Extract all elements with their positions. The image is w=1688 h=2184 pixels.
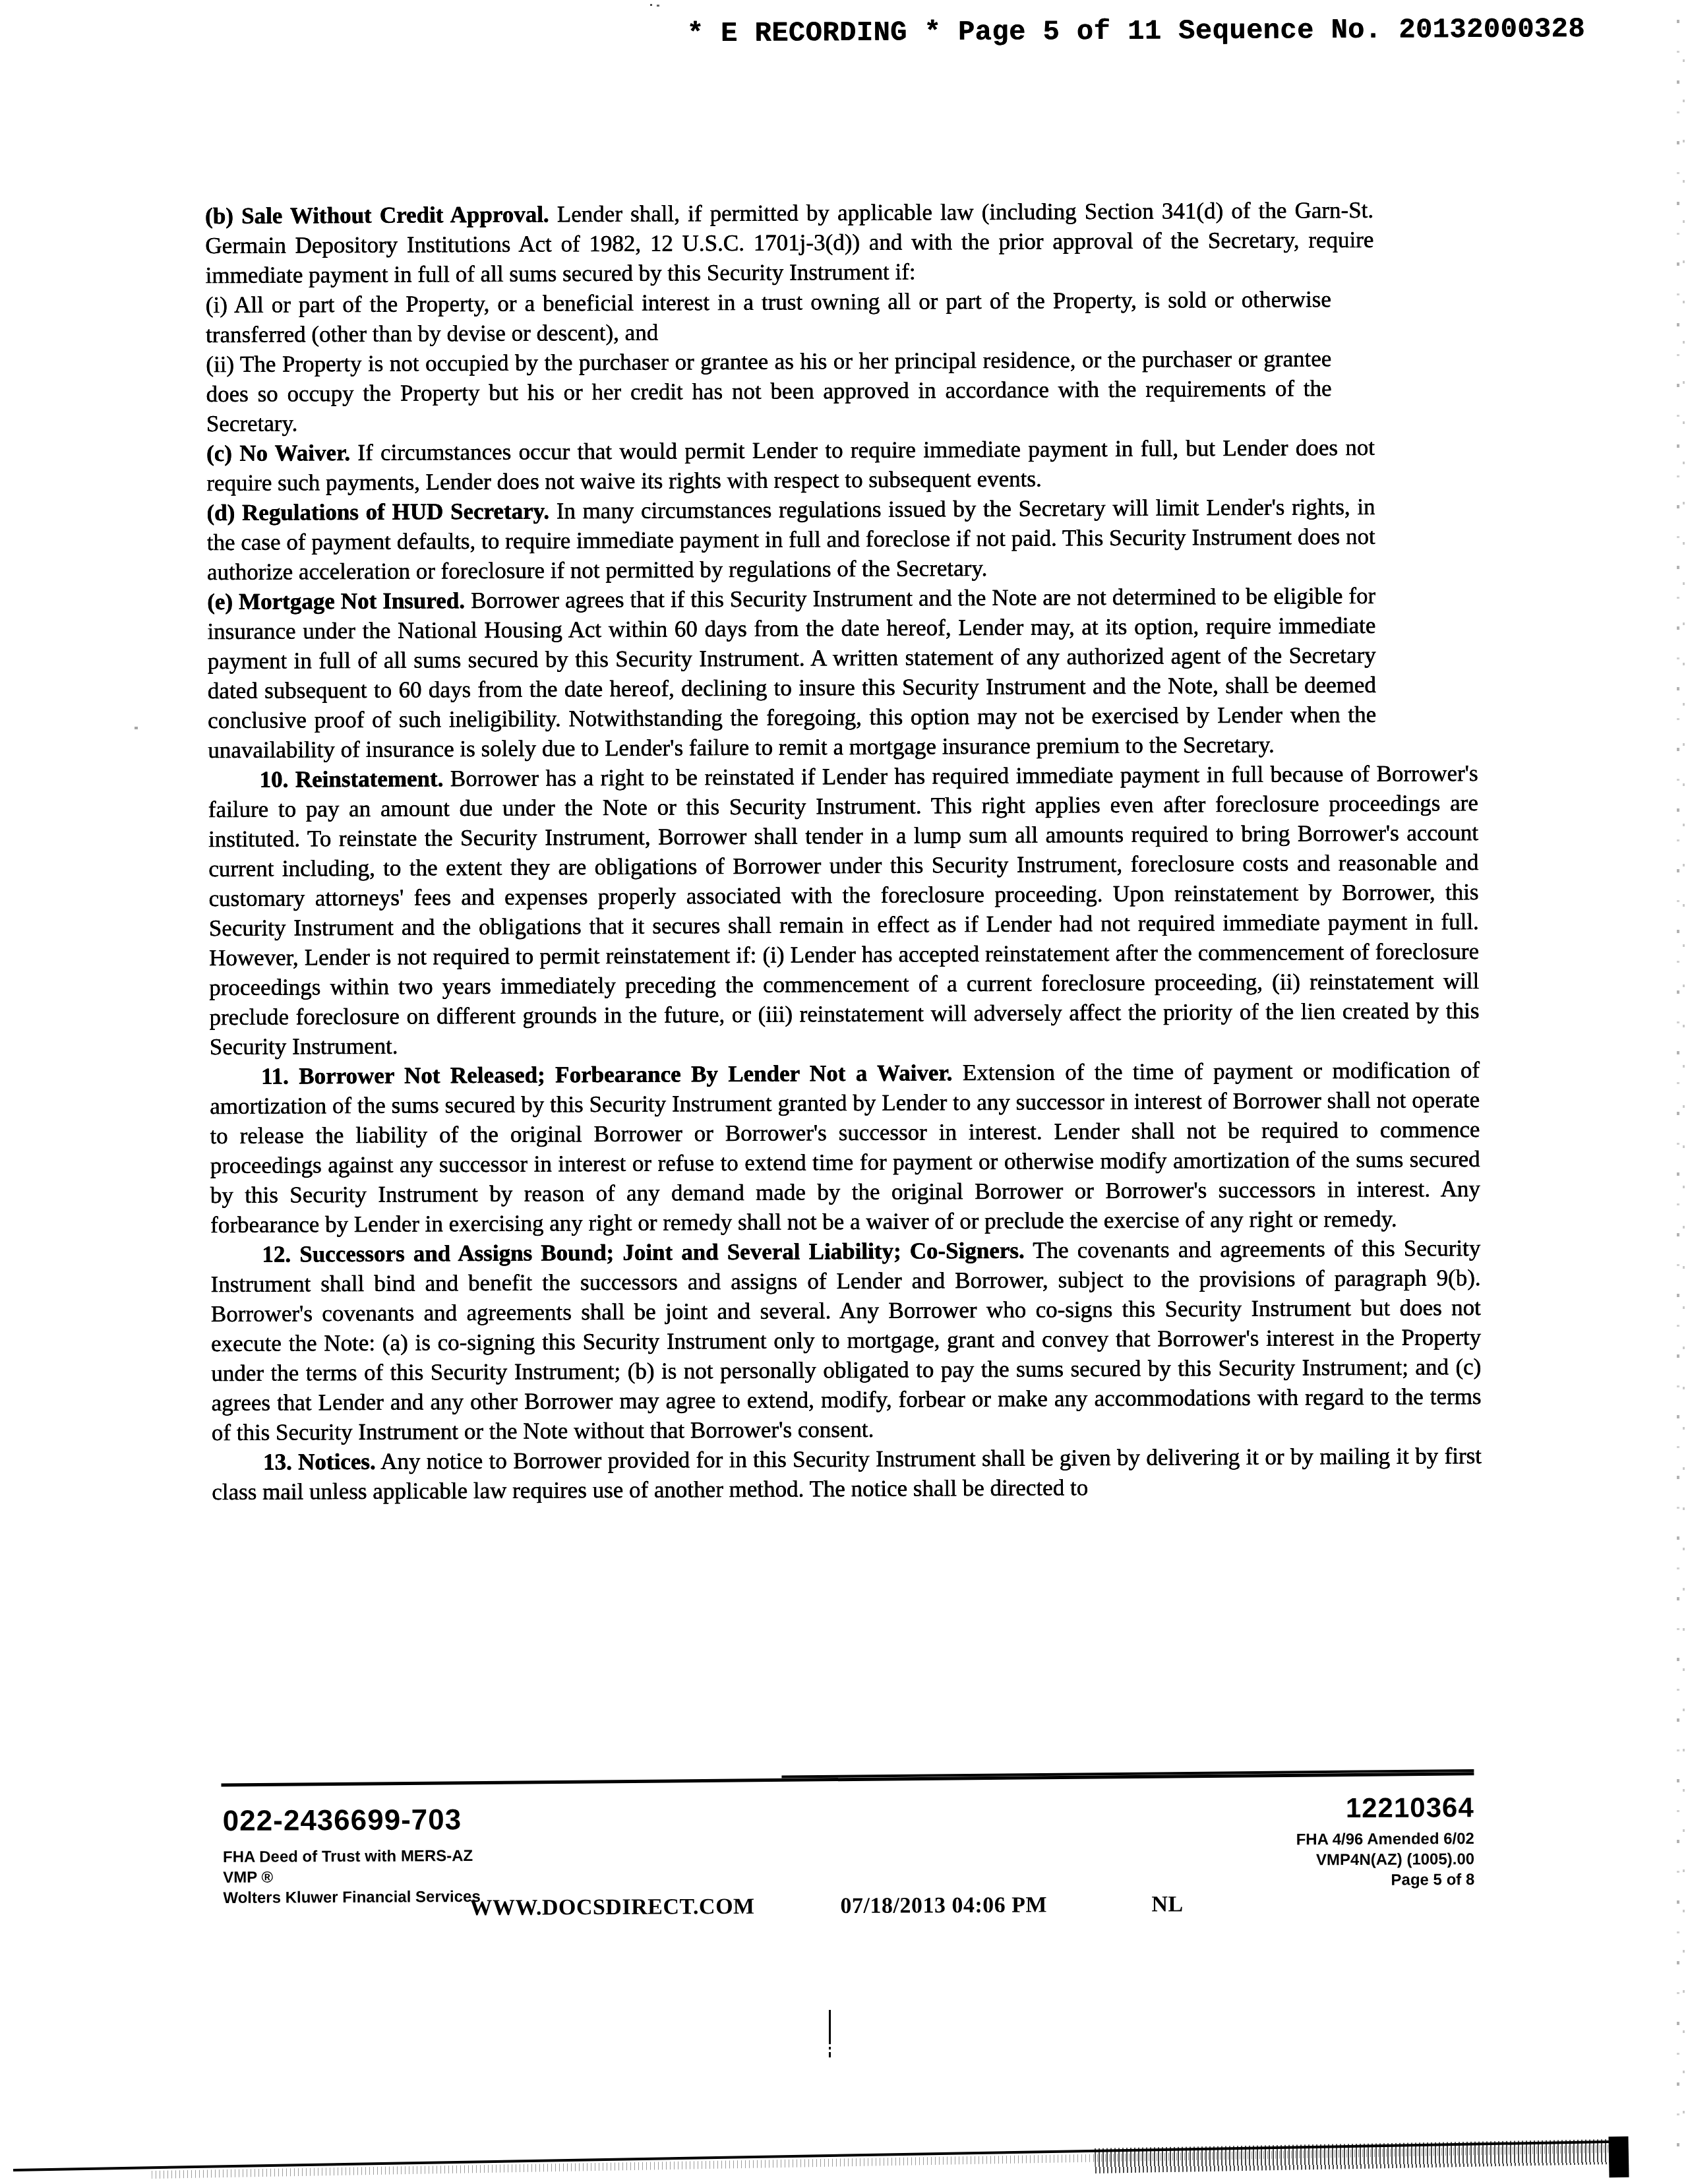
scan-artifact-corner-blob	[1608, 2137, 1629, 2178]
footer-url: WWW.DOCSDIRECT.COM	[469, 1895, 754, 1921]
document-body: (b) Sale Without Credit Approval. Lender…	[205, 195, 1482, 1507]
paragraph-c-text: If circumstances occur that would permit…	[206, 435, 1375, 496]
footer-right-block: FHA 4/96 Amended 6/02 VMP4N(AZ) (1005).0…	[1145, 1829, 1474, 1892]
paragraph-10: 10. Reinstatement. Borrower has a right …	[208, 758, 1479, 1062]
sequence-number: 12210364	[1211, 1792, 1474, 1825]
footer-form-name: FHA Deed of Trust with MERS-AZ	[223, 1846, 481, 1867]
paragraph-c: (c) No Waiver. If circumstances occur th…	[206, 433, 1375, 498]
footer-fha-version: FHA 4/96 Amended 6/02	[1145, 1829, 1474, 1851]
footer-page-indicator: Page 5 of 8	[1145, 1869, 1474, 1892]
footer-datetime: 07/18/2013 04:06 PM	[840, 1893, 1047, 1919]
paragraph-d-lead: (d) Regulations of HUD Secretary.	[206, 498, 549, 526]
footer-vmp-form-code: VMP4N(AZ) (1005).00	[1145, 1849, 1474, 1871]
scan-artifact-vertical-line	[829, 2010, 831, 2057]
scan-artifact-speck	[135, 727, 138, 729]
paragraph-13-lead: 13. Notices.	[263, 1449, 376, 1475]
paragraph-12-lead: 12. Successors and Assigns Bound; Joint …	[262, 1238, 1025, 1267]
scan-artifact-right-specks	[1677, 20, 1679, 2156]
footer-initials: NL	[1151, 1892, 1183, 1917]
paragraph-b-i-text: (i) All or part of the Property, or a be…	[206, 286, 1331, 348]
paragraph-b-i: (i) All or part of the Property, or a be…	[206, 284, 1331, 349]
loan-number: 022-2436699-703	[223, 1804, 462, 1838]
scanned-document-page: * E RECORDING * Page 5 of 11 Sequence No…	[0, 0, 1688, 2184]
paragraph-e: (e) Mortgage Not Insured. Borrower agree…	[207, 581, 1376, 765]
paragraph-b-ii-text: (ii) The Property is not occupied by the…	[206, 346, 1331, 437]
printed-content: * E RECORDING * Page 5 of 11 Sequence No…	[0, 0, 1688, 2184]
paragraph-13-text: Any notice to Borrower provided for in t…	[212, 1443, 1482, 1505]
footer-vmp: VMP ®	[223, 1866, 481, 1888]
paragraph-b: (b) Sale Without Credit Approval. Lender…	[205, 195, 1374, 290]
paragraph-10-text: Borrower has a right to be reinstated if…	[208, 760, 1480, 1060]
paragraph-10-lead: 10. Reinstatement.	[259, 766, 443, 792]
paragraph-12: 12. Successors and Assigns Bound; Joint …	[210, 1233, 1482, 1447]
paragraph-b-lead: (b) Sale Without Credit Approval.	[205, 201, 549, 229]
paragraph-d: (d) Regulations of HUD Secretary. In man…	[206, 492, 1375, 587]
paragraph-11-lead: 11. Borrower Not Released; Forbearance B…	[261, 1060, 953, 1089]
paragraph-c-lead: (c) No Waiver.	[206, 440, 350, 466]
paragraph-11: 11. Borrower Not Released; Forbearance B…	[210, 1055, 1480, 1240]
scan-artifact-speck	[657, 5, 659, 7]
scan-artifact-speck	[650, 4, 652, 6]
paragraph-e-lead: (e) Mortgage Not Insured.	[207, 588, 465, 615]
e-recording-header-text: * E RECORDING * Page 5 of 11 Sequence No…	[686, 13, 1585, 49]
paragraph-b-ii: (ii) The Property is not occupied by the…	[206, 344, 1332, 439]
paragraph-13: 13. Notices. Any notice to Borrower prov…	[212, 1441, 1482, 1507]
scan-artifact-right-specks-2	[1683, 59, 1685, 2137]
e-recording-header: * E RECORDING * Page 5 of 11 Sequence No…	[686, 13, 1585, 49]
paragraph-12-text: The covenants and agreements of this Sec…	[210, 1235, 1481, 1445]
